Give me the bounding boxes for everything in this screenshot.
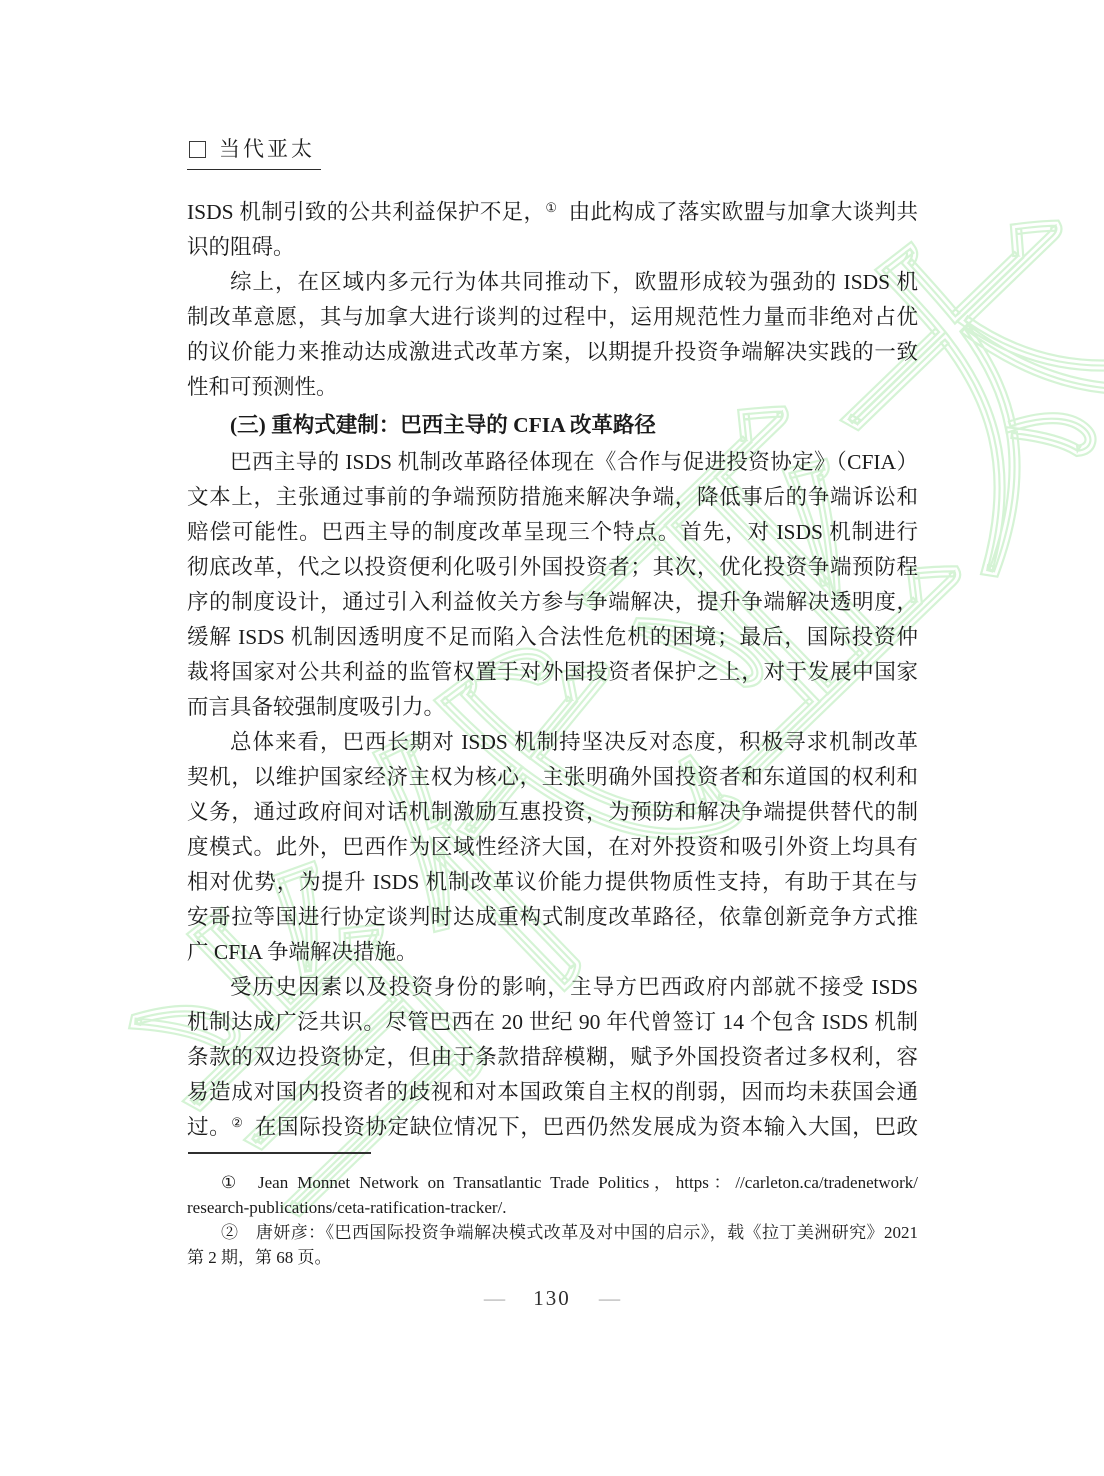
footnote-item: ② 唐妍彦：《巴西国际投资争端解决模式改革及对中国的启示》，载《拉丁美洲研究》2…	[187, 1220, 918, 1270]
text-line: 裁将国家对公共利益的监管权置于对外国投资者保护之上，对于发展中国家	[187, 655, 918, 690]
section-heading: (三) 重构式建制：巴西主导的 CFIA 改革路径	[187, 408, 918, 443]
text-line: 义务，通过政府间对话机制激励互惠投资，为预防和解决争端提供替代的制	[187, 795, 918, 830]
text-line: 性和可预测性。	[187, 370, 918, 405]
text-line: 安哥拉等国进行协定谈判时达成重构式制度改革路径，依靠创新竞争方式推	[187, 900, 918, 935]
text-line: ISDS 机制引致的公共利益保护不足，① 由此构成了落实欧盟与加拿大谈判共	[187, 195, 918, 230]
text-line: 总体来看，巴西长期对 ISDS 机制持坚决反对态度，积极寻求机制改革	[187, 725, 918, 760]
text-line: 第 2 期，第 68 页。	[187, 1245, 918, 1270]
text-line: 条款的双边投资协定，但由于条款措辞模糊，赋予外国投资者过多权利，容	[187, 1040, 918, 1075]
line-text: 过。	[187, 1115, 231, 1139]
text-line: 巴西主导的 ISDS 机制改革路径体现在《合作与促进投资协定》（CFIA）	[187, 445, 918, 480]
page-number-dash: —	[599, 1289, 620, 1309]
text-line: 机制达成广泛共识。尽管巴西在 20 世纪 90 年代曾签订 14 个包含 ISD…	[187, 1005, 918, 1040]
text-line: 制改革意愿，其与加拿大进行谈判的过程中，运用规范性力量而非绝对占优	[187, 300, 918, 335]
page-number: 130	[533, 1286, 571, 1311]
footnote-item: ① Jean Monnet Network on Transatlantic T…	[187, 1170, 918, 1220]
text-line: 彻底改革，代之以投资便利化吸引外国投资者；其次，优化投资争端预防程	[187, 550, 918, 585]
line-text: ISDS 机制引致的公共利益保护不足，	[187, 200, 545, 224]
text-line: ① Jean Monnet Network on Transatlantic T…	[187, 1170, 918, 1195]
paragraph: 受历史因素以及投资身份的影响，主导方巴西政府内部就不接受 ISDS机制达成广泛共…	[187, 970, 918, 1145]
text-line: 易造成对国内投资者的歧视和对本国政策自主权的削弱，因而均未获国会通	[187, 1075, 918, 1110]
journal-header: 当代亚太	[187, 133, 321, 170]
text-line: 识的阻碍。	[187, 230, 918, 265]
article-body: ISDS 机制引致的公共利益保护不足，① 由此构成了落实欧盟与加拿大谈判共识的阻…	[187, 195, 918, 1145]
line-text: 在国际投资协定缺位情况下，巴西仍然发展成为资本输入大国，巴政	[244, 1115, 918, 1139]
text-line: ② 唐妍彦：《巴西国际投资争端解决模式改革及对中国的启示》，载《拉丁美洲研究》2…	[187, 1220, 918, 1245]
text-line: (三) 重构式建制：巴西主导的 CFIA 改革路径	[187, 408, 918, 443]
text-line: 赔偿可能性。巴西主导的制度改革呈现三个特点。首先，对 ISDS 机制进行	[187, 515, 918, 550]
footnote-ref: ①	[545, 200, 557, 215]
text-line: 契机，以维护国家经济主权为核心，主张明确外国投资者和东道国的权利和	[187, 760, 918, 795]
footnotes: ① Jean Monnet Network on Transatlantic T…	[187, 1170, 918, 1270]
text-line: research-publications/ceta-ratification-…	[187, 1195, 918, 1220]
paragraph: 总体来看，巴西长期对 ISDS 机制持坚决反对态度，积极寻求机制改革契机，以维护…	[187, 725, 918, 970]
text-line: 过。② 在国际投资协定缺位情况下，巴西仍然发展成为资本输入大国，巴政	[187, 1110, 918, 1145]
document-page: 当代亚太 当代亚太 ISDS 机制引致的公共利益保护不足，① 由此构成了落实欧盟…	[0, 0, 1104, 1476]
text-line: 序的制度设计，通过引入利益攸关方参与争端解决，提升争端解决透明度，	[187, 585, 918, 620]
paragraph: 巴西主导的 ISDS 机制改革路径体现在《合作与促进投资协定》（CFIA）文本上…	[187, 445, 918, 725]
text-line: 综上，在区域内多元行为体共同推动下，欧盟形成较为强劲的 ISDS 机	[187, 265, 918, 300]
paragraph: 综上，在区域内多元行为体共同推动下，欧盟形成较为强劲的 ISDS 机制改革意愿，…	[187, 265, 918, 405]
text-line: 而言具备较强制度吸引力。	[187, 690, 918, 725]
text-line: 度模式。此外，巴西作为区域性经济大国，在对外投资和吸引外资上均具有	[187, 830, 918, 865]
text-line: 相对优势，为提升 ISDS 机制改革议价能力提供物质性支持，有助于其在与	[187, 865, 918, 900]
text-line: 受历史因素以及投资身份的影响，主导方巴西政府内部就不接受 ISDS	[187, 970, 918, 1005]
journal-box-icon	[189, 141, 206, 158]
journal-title: 当代亚太	[219, 133, 315, 163]
text-line: 的议价能力来推动达成激进式改革方案，以期提升投资争端解决实践的一致	[187, 335, 918, 370]
page-number-dash: —	[484, 1289, 505, 1309]
footnote-separator	[188, 1152, 371, 1154]
text-line: 广 CFIA 争端解决措施。	[187, 935, 918, 970]
paragraph: ISDS 机制引致的公共利益保护不足，① 由此构成了落实欧盟与加拿大谈判共识的阻…	[187, 195, 918, 265]
text-line: 缓解 ISDS 机制因透明度不足而陷入合法性危机的困境；最后，国际投资仲	[187, 620, 918, 655]
line-text: 由此构成了落实欧盟与加拿大谈判共	[557, 200, 918, 224]
footnote-ref: ②	[231, 1115, 243, 1130]
text-line: 文本上，主张通过事前的争端预防措施来解决争端，降低事后的争端诉讼和	[187, 480, 918, 515]
page-footer: — 130 —	[0, 1286, 1104, 1311]
